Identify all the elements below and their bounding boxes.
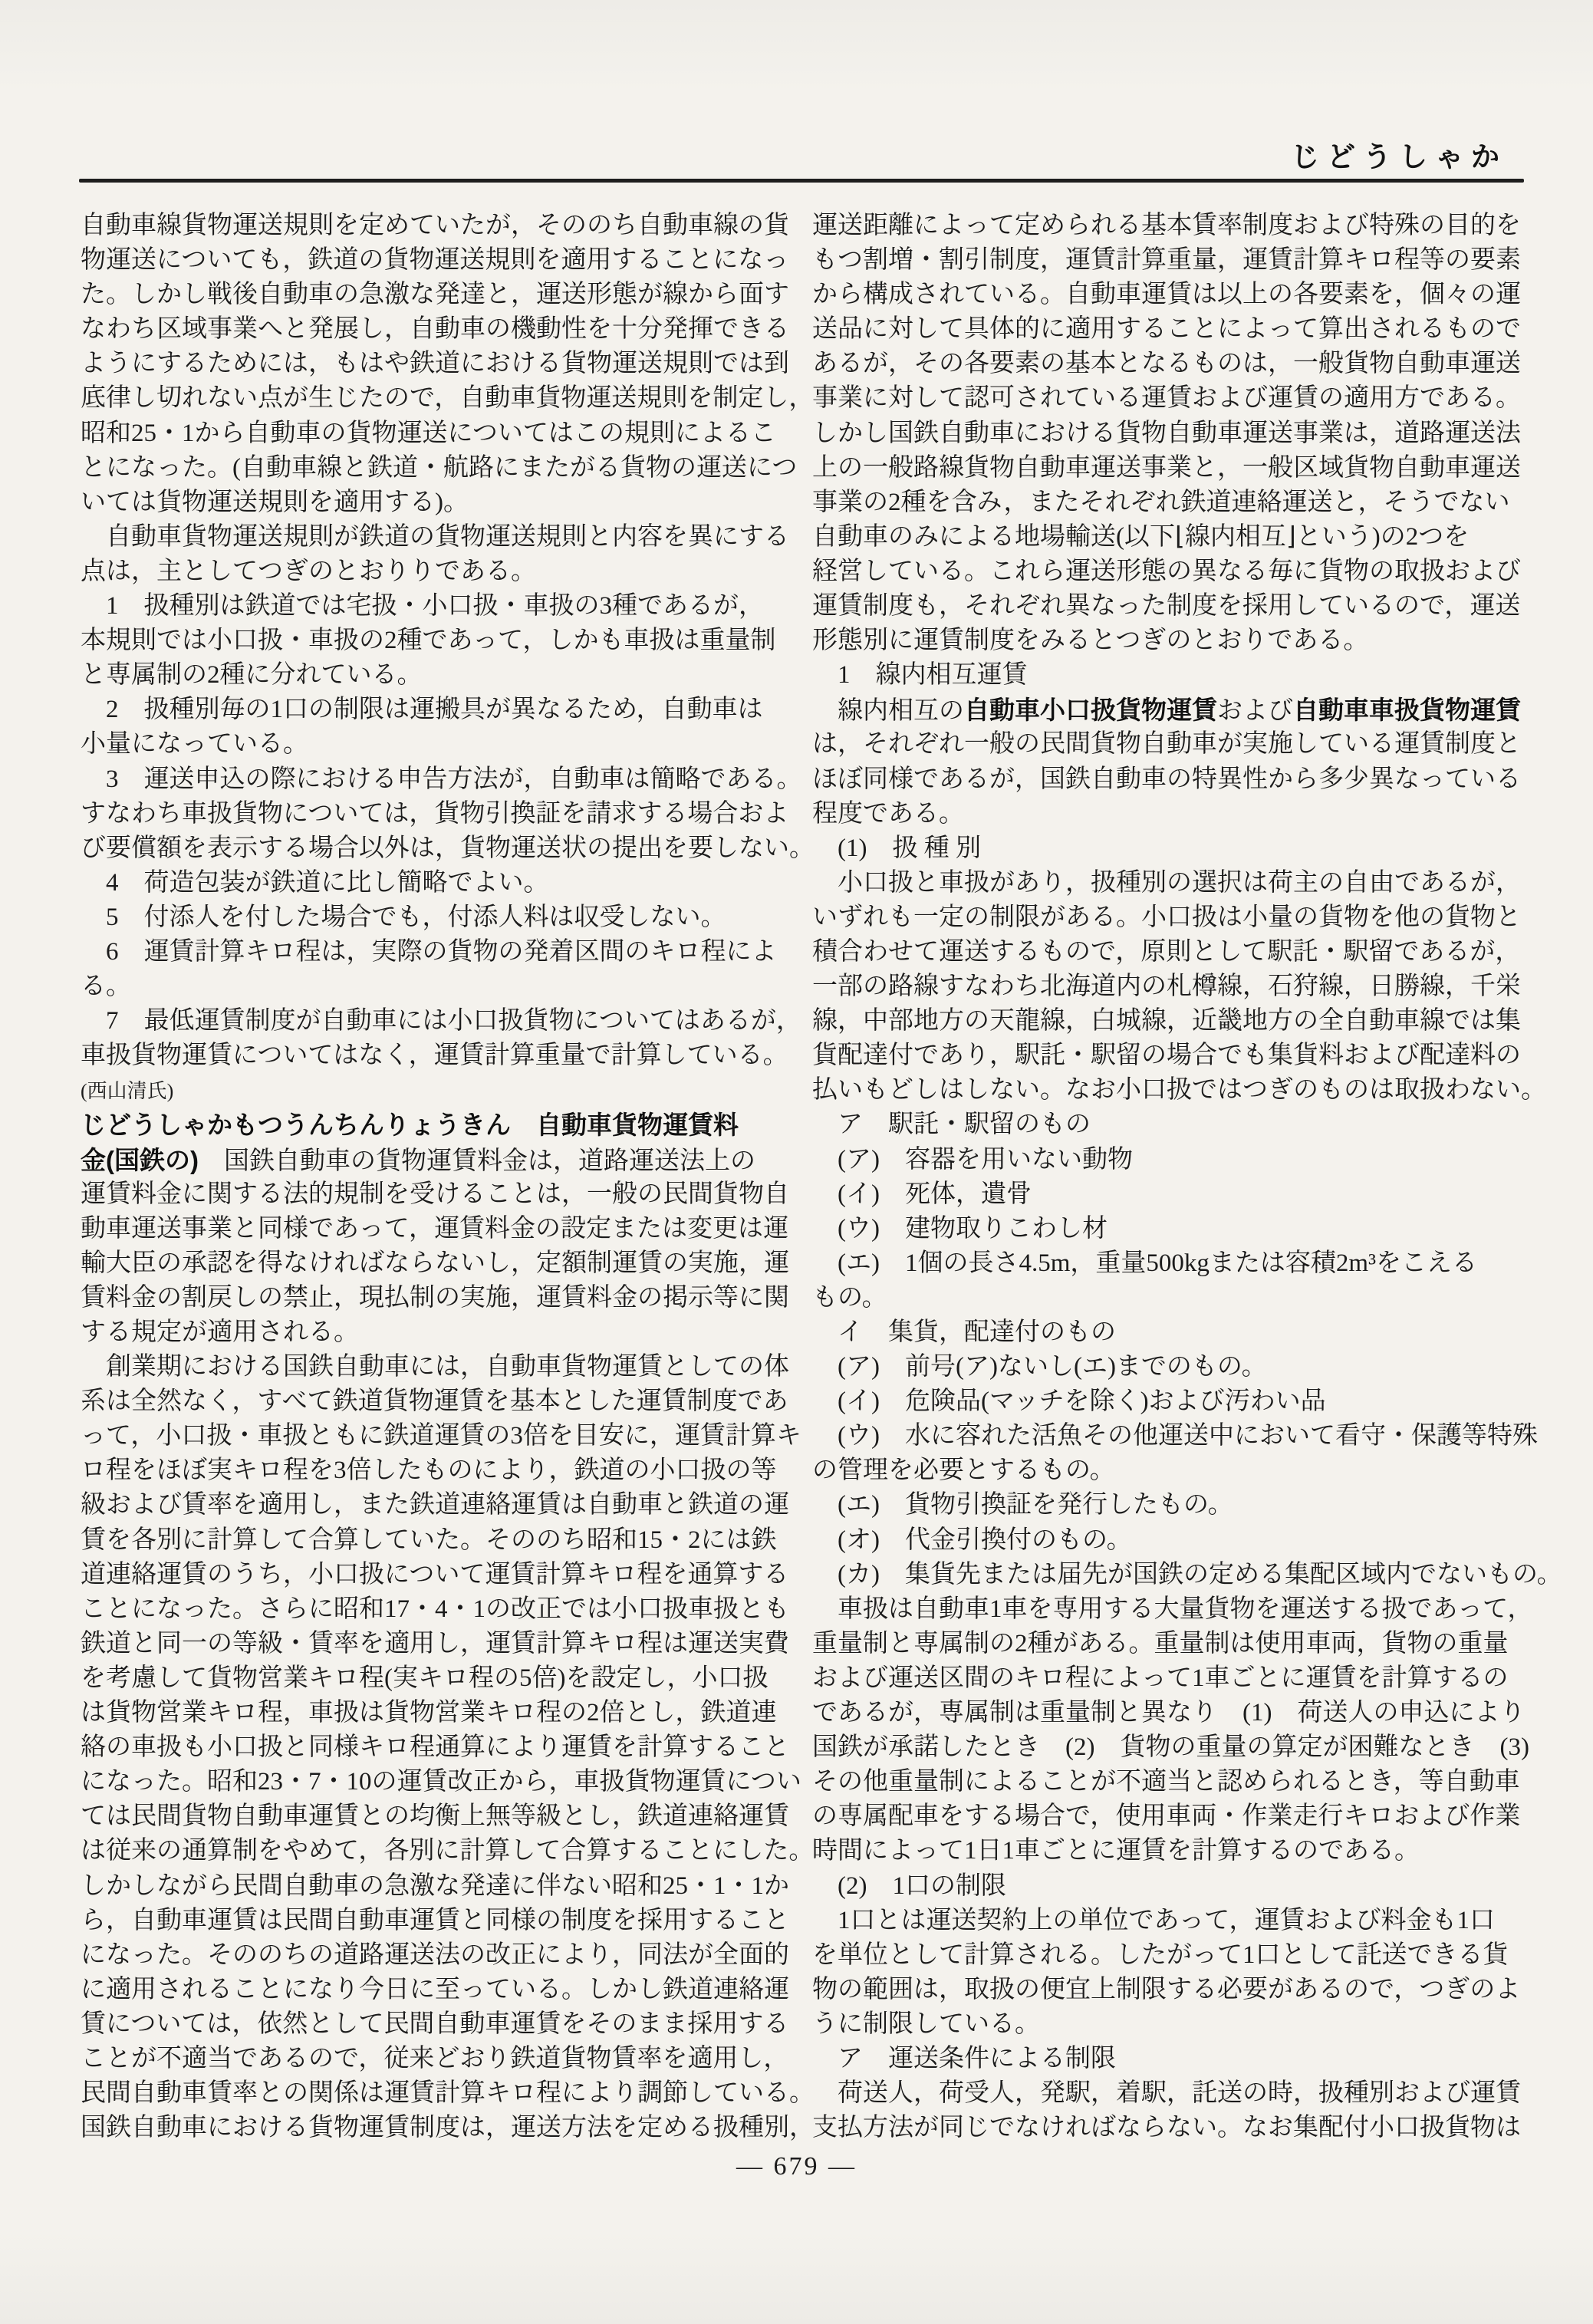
text-line: 一部の路線すなわち北海道内の札樽線，石狩線，日勝線，千栄 [812,969,1527,1004]
text-segment: 運送距離によって定められる基本賃率制度および特殊の目的を [812,212,1521,239]
text-segment: あるが，その各要素の基本となるものは，一般貨物自動車運送 [812,350,1521,377]
text-segment: 支払方法が同じでなければならない。なお集配付小口扱貨物は [812,2114,1521,2141]
text-segment: いては貨物運送規則を適用する)。 [81,489,469,516]
text-segment: 時間によって1日1車ごとに運賃を計算するのである。 [812,1837,1420,1865]
text-line: 事業に対して認可されている運賃および運賃の適用方である。 [812,381,1527,416]
text-segment: の専属配車をする場合で，使用車両・作業走行キロおよび作業 [812,1802,1520,1830]
text-line: いては貨物運送規則を適用する)。 [81,486,795,520]
text-line: を単位として計算される。したがって1口として託送できる貨 [812,1938,1527,1973]
text-line: 線，中部地方の天龍線，白城線，近畿地方の全自動車線では集 [812,1004,1527,1039]
text-segment: 一部の路線すなわち北海道内の札樽線，石狩線，日勝線，千栄 [812,973,1521,1000]
text-segment: (ウ) 水に容れた活魚その他運送中において看守・保護等特殊 [812,1422,1538,1450]
header-rule [79,179,1524,183]
text-line: (ア) 前号(ア)ないし(エ)までのもの。 [812,1350,1527,1384]
text-segment: (ア) 容器を用いない動物 [812,1146,1133,1174]
text-segment: 4 荷造包装が鉄道に比し簡略でよい。 [81,869,549,897]
text-line: 自動車貨物運送規則が鉄道の貨物運送規則と内容を異にする [81,520,795,555]
text-segment: 級および賃率を適用し，また鉄道連絡運賃は自動車と鉄道の運 [81,1491,789,1519]
text-line: 時間によって1日1車ごとに運賃を計算するのである。 [812,1834,1527,1868]
text-segment: 3 運送申込の際における申告方法が，自動車は簡略である。 [81,765,802,793]
text-segment: 事業に対して認可されている運賃および運賃の適用方である。 [812,384,1521,412]
text-segment: じどうしゃかもつうんちんりょうきん 自動車貨物運賃料 [81,1111,739,1139]
text-segment: 経営している。これら運送形態の異なる毎に貨物の取扱および [812,558,1521,585]
text-segment: 民間自動車賃率との関係は運賃計算キロ程により調節している。 [81,2079,815,2107]
text-segment: ことになった。さらに昭和17・4・1の改正では小口扱車扱とも [81,1595,789,1623]
scanned-page: じどうしゃか 自動車線貨物運送規則を定めていたが，そののち自動車線の貨物運送につ… [0,0,1593,2324]
text-segment: (1) 扱 種 別 [812,834,981,862]
text-segment: (エ) 貨物引換証を発行したもの。 [812,1491,1233,1519]
text-line: 昭和25・1から自動車の貨物運送についてはこの規則によるこ [81,416,795,451]
text-segment: 賃料金の割戻しの禁止，現払制の実施，運賃料金の掲示等に関 [81,1284,789,1312]
text-segment: になった。そののちの道路運送法の改正により，同法が全面的 [81,1941,789,1969]
text-line: 賃を各別に計算して合算していた。そののち昭和15・2には鉄 [81,1523,795,1558]
text-line: 級および賃率を適用し，また鉄道連絡運賃は自動車と鉄道の運 [81,1488,795,1522]
text-line: (エ) 貨物引換証を発行したもの。 [812,1488,1527,1522]
text-line: ら，自動車運賃は民間自動車運賃と同様の制度を採用すること [81,1904,795,1938]
text-segment: 自動車小口扱貨物運賃 [964,696,1217,724]
text-segment: ては民間貨物自動車運賃との均衡上無等級とし，鉄道連絡運賃 [81,1802,789,1830]
text-line: 底律し切れない点が生じたので，自動車貨物運送規則を制定し， [81,381,795,416]
text-segment: ら，自動車運賃は民間自動車運賃と同様の制度を採用すること [81,1907,789,1934]
text-line: 車扱は自動車1車を専用する大量貨物を運送する扱であって， [812,1592,1527,1627]
text-line: (イ) 死体，遺骨 [812,1177,1527,1212]
text-segment: (ウ) 建物取りこわし材 [812,1215,1108,1243]
text-segment: (イ) 危険品(マッチを除く)および汚わい品 [812,1387,1326,1415]
text-segment: その他重量制によることが不適当と認められるとき，等自動車 [812,1768,1520,1796]
text-line: 貨配達付であり，駅託・駅留の場合でも集貨料および配達料の [812,1039,1527,1073]
text-segment: 物運送についても，鉄道の貨物運送規則を適用することになっ [81,246,788,274]
text-line: 形態別に運賃制度をみるとつぎのとおりである。 [812,624,1527,658]
text-line: 絡の車扱も小口扱と同様キロ程通算により運賃を計算すること [81,1730,795,1765]
text-line: 4 荷造包装が鉄道に比し簡略でよい。 [81,866,795,900]
text-segment: 賃を各別に計算して合算していた。そののち昭和15・2には鉄 [81,1526,777,1554]
text-line: 物運送についても，鉄道の貨物運送規則を適用することになっ [81,243,795,278]
text-segment: 事業の2種を含み，またそれぞれ鉄道連絡運送と，そうでない [812,489,1509,516]
text-segment: 運賃料金に関する法的規制を受けることは，一般の民間貨物自 [81,1180,789,1208]
text-line: 自動車線貨物運送規則を定めていたが，そののち自動車線の貨 [81,209,795,243]
text-segment: 自動車線貨物運送規則を定めていたが，そののち自動車線の貨 [81,212,789,239]
text-segment: 輸大臣の承認を得なければならないし，定額制運賃の実施，運 [81,1249,789,1277]
text-segment: ようにするためには，もはや鉄道における貨物運送規則では到 [81,350,789,377]
text-line: (ウ) 水に容れた活魚その他運送中において看守・保護等特殊 [812,1419,1527,1453]
text-line: 運賃料金に関する法的規制を受けることは，一般の民間貨物自 [81,1177,795,1212]
text-line: 送品に対して具体的に適用することによって算出されるもので [812,312,1527,347]
text-line: (エ) 1個の長さ4.5m，重量500kgまたは容積2m³をこえる [812,1246,1527,1281]
text-line: を考慮して貨物営業キロ程(実キロ程の5倍)を設定し，小口扱 [81,1661,795,1696]
text-line: と専属制の2種に分れている。 [81,658,795,693]
text-line: 払いもどしはしない。なお小口扱ではつぎのものは取扱わない。 [812,1073,1527,1108]
text-segment: は貨物営業キロ程，車扱は貨物営業キロ程の2倍とし，鉄道連 [81,1699,777,1727]
text-line: とになった。(自動車線と鉄道・航路にまたがる貨物の運送につ [81,451,795,486]
right-column: 運送距離によって定められる基本賃率制度および特殊の目的をもつ割増・割引制度，運賃… [812,209,1527,2145]
text-segment: 動車運送事業と同様であって，運賃料金の設定または変更は運 [81,1215,788,1243]
text-segment: すなわち車扱貨物については，貨物引換証を請求する場合およ [81,800,788,828]
text-line: ア 運送条件による制限 [812,2042,1527,2076]
text-segment: 払いもどしはしない。なお小口扱ではつぎのものは取扱わない。 [812,1076,1546,1104]
text-segment: と専属制の2種に分れている。 [81,661,423,689]
text-segment: になった。昭和23・7・10の運賃改正から，車扱貨物運賃につい [81,1768,801,1796]
text-segment: (エ) 1個の長さ4.5m，重量500kgまたは容積2m³をこえる [812,1249,1477,1277]
text-segment: 2 扱種別毎の1口の制限は運搬具が異なるため，自動車は [81,696,763,723]
text-segment: び要償額を表示する場合以外は，貨物運送状の提出を要しない。 [81,834,815,862]
page-number: — 679 — [0,2152,1593,2181]
text-segment: (カ) 集貨先または届先が国鉄の定める集配区域内でないもの。 [812,1561,1562,1588]
text-line: は，それぞれ一般の民間貨物自動車が実施している運賃制度と [812,727,1527,762]
text-line: に適用されることになり今日に至っている。しかし鉄道連絡運 [81,1973,795,2007]
text-segment: は従来の通算制をやめて，各別に計算して合算することにした。 [81,1837,814,1865]
text-line: (カ) 集貨先または届先が国鉄の定める集配区域内でないもの。 [812,1558,1527,1592]
text-segment: に適用されることになり今日に至っている。しかし鉄道連絡運 [81,1976,789,2003]
text-line: から構成されている。自動車運賃は以上の各要素を，個々の運 [812,278,1527,312]
text-segment: もつ割増・割引制度，運賃計算重量，運賃計算キロ程等の要素 [812,246,1521,274]
text-line: 本規則では小口扱・車扱の2種であって，しかも車扱は重量制 [81,624,795,658]
text-segment: 本規則では小口扱・車扱の2種であって，しかも車扱は重量制 [81,627,776,654]
text-segment: 絡の車扱も小口扱と同様キロ程通算により運賃を計算すること [81,1733,789,1761]
text-segment: 車扱は自動車1車を専用する大量貨物を運送する扱であって， [812,1595,1533,1623]
text-line: は従来の通算制をやめて，各別に計算して合算することにした。 [81,1834,795,1868]
text-line: 事業の2種を含み，またそれぞれ鉄道連絡運送と，そうでない [812,486,1527,520]
text-segment: しかしながら民間自動車の急激な発達に伴ない昭和25・1・1か [81,1872,789,1900]
text-segment: 貨配達付であり，駅託・駅留の場合でも集貨料および配達料の [812,1042,1521,1069]
text-line: は貨物営業キロ程，車扱は貨物営業キロ程の2倍とし，鉄道連 [81,1696,795,1730]
text-line: 創業期における国鉄自動車には，自動車貨物運賃としての体 [81,1350,795,1384]
text-segment: なわち区域事業へと発展し，自動車の機動性を十分発揮できる [81,315,789,343]
text-segment: (ア) 前号(ア)ないし(エ)までのもの。 [812,1353,1267,1381]
text-line: 小量になっている。 [81,727,795,762]
running-head: じどうしゃか [1291,133,1507,175]
text-segment: 6 運賃計算キロ程は，実際の貨物の発着区間のキロ程によ [81,938,777,966]
text-segment: および運送区間のキロ程によって1車ごとに運賃を計算するの [812,1664,1509,1692]
text-segment: 系は全然なく，すべて鉄道貨物運賃を基本とした運賃制度であ [81,1387,788,1415]
text-segment: 1 線内相互運賃 [812,661,1028,689]
text-segment: 点は，主としてつぎのとおりりである。 [81,558,536,585]
text-line: であるが，専属制は重量制と異なり (1) 荷送人の申込により [812,1696,1527,1730]
text-line: 運賃制度も，それぞれ異なった制度を採用しているので，運送 [812,589,1527,624]
text-line: 輸大臣の承認を得なければならないし，定額制運賃の実施，運 [81,1246,795,1281]
text-segment: 積合わせて運送するもので，原則として駅託・駅留であるが， [812,938,1520,966]
text-line: 金(国鉄の) 国鉄自動車の貨物運賃料金は，道路運送法上の [81,1143,795,1177]
text-line: ようにするためには，もはや鉄道における貨物運送規則では到 [81,347,795,381]
text-segment: 国鉄自動車の貨物運賃料金は，道路運送法上の [199,1147,755,1175]
text-line: イ 集貨，配達付のもの [812,1315,1527,1350]
text-line: 国鉄が承諾したとき (2) 貨物の重量の算定が困難なとき (3) [812,1730,1527,1765]
text-segment: 運賃制度も，それぞれ異なった制度を採用しているので，運送 [812,592,1520,620]
text-segment: 形態別に運賃制度をみるとつぎのとおりである。 [812,627,1368,654]
text-line: (ア) 容器を用いない動物 [812,1143,1527,1177]
text-segment: する規定が適用される。 [81,1318,359,1346]
text-segment: 底律し切れない点が生じたので，自動車貨物運送規則を制定し， [81,384,814,412]
text-segment: 金(国鉄の) [81,1146,199,1174]
text-line: もつ割増・割引制度，運賃計算重量，運賃計算キロ程等の要素 [812,243,1527,278]
text-line: する規定が適用される。 [81,1315,795,1350]
text-segment: 創業期における国鉄自動車には，自動車貨物運賃としての体 [81,1353,789,1381]
text-line: の管理を必要とするもの。 [812,1453,1527,1488]
text-line: 1 扱種別は鉄道では宅扱・小口扱・車扱の3種であるが， [81,589,795,624]
text-segment: 1口とは運送契約上の単位であって，運賃および料金も1口 [812,1907,1495,1934]
text-segment: 国鉄が承諾したとき (2) 貨物の重量の算定が困難なとき (3) [812,1733,1529,1761]
text-line: 程度である。 [812,797,1527,831]
text-line: (2) 1口の制限 [812,1869,1527,1904]
text-line: 荷送人，荷受人，発駅，着駅，託送の時，扱種別および運賃 [812,2076,1527,2111]
text-line: 点は，主としてつぎのとおりりである。 [81,555,795,589]
text-segment: 線内相互の [812,697,964,725]
text-line: 賃料金の割戻しの禁止，現払制の実施，運賃料金の掲示等に関 [81,1281,795,1315]
text-line: および運送区間のキロ程によって1車ごとに運賃を計算するの [812,1661,1527,1696]
text-line: る。 [81,969,795,1004]
text-segment: を考慮して貨物営業キロ程(実キロ程の5倍)を設定し，小口扱 [81,1664,768,1692]
text-segment: 線，中部地方の天龍線，白城線，近畿地方の全自動車線では集 [812,1007,1521,1035]
text-segment: る。 [81,973,131,1000]
text-line: び要償額を表示する場合以外は，貨物運送状の提出を要しない。 [81,831,795,866]
text-line: 経営している。これら運送形態の異なる毎に貨物の取扱および [812,555,1527,589]
text-segment: 昭和25・1から自動車の貨物運送についてはこの規則によるこ [81,420,776,447]
text-segment: もの。 [812,1284,887,1312]
text-segment: ロ程をほぼ実キロ程を3倍したものにより，鉄道の小口扱の等 [81,1457,777,1484]
text-line: (ウ) 建物取りこわし材 [812,1212,1527,1246]
text-line: 賃については，依然として民間自動車運賃をそのまま採用する [81,2007,795,2042]
text-segment: しかし国鉄自動車における貨物自動車運送事業は，道路運送法 [812,420,1521,447]
text-line: (1) 扱 種 別 [812,831,1527,866]
text-segment: (イ) 死体，遺骨 [812,1180,1032,1208]
text-line: 動車運送事業と同様であって，運賃料金の設定または変更は運 [81,1212,795,1246]
text-line: 重量制と専属制の2種がある。重量制は使用車両，貨物の重量 [812,1627,1527,1661]
text-segment: 1 扱種別は鉄道では宅扱・小口扱・車扱の3種であるが， [81,592,764,620]
left-column: 自動車線貨物運送規則を定めていたが，そののち自動車線の貨物運送についても，鉄道の… [81,209,795,2145]
text-line: になった。昭和23・7・10の運賃改正から，車扱貨物運賃につい [81,1765,795,1799]
text-segment: 小量になっている。 [81,730,308,758]
text-segment: 賃については，依然として民間自動車運賃をそのまま採用する [81,2010,788,2038]
text-line: 物の範囲は，取扱の便宜上制限する必要があるので，つぎのよ [812,1973,1527,2007]
text-line: すなわち車扱貨物については，貨物引換証を請求する場合およ [81,797,795,831]
text-segment: 道連絡運賃のうち，小口扱について運賃計算キロ程を通算する [81,1561,788,1588]
text-line: って，小口扱・車扱ともに鉄道運賃の3倍を目安に，運賃計算キ [81,1419,795,1453]
text-segment: 重量制と専属制の2種がある。重量制は使用車両，貨物の重量 [812,1630,1509,1657]
text-line: 国鉄自動車における貨物運賃制度は，運送方法を定める扱種別， [81,2111,795,2145]
text-segment: 小口扱と車扱があり，扱種別の選択は荷主の自由であるが， [812,869,1521,897]
text-line: 6 運賃計算キロ程は，実際の貨物の発着区間のキロ程によ [81,935,795,969]
text-segment: 荷送人，荷受人，発駅，着駅，託送の時，扱種別および運賃 [812,2079,1521,2107]
text-line: た。しかし戦後自動車の急激な発達と，運送形態が線から面す [81,278,795,312]
text-segment: を単位として計算される。したがって1口として託送できる貨 [812,1941,1509,1969]
text-line: 車扱貨物運賃についてはなく，運賃計算重量で計算している。 [81,1039,795,1073]
text-segment: 上の一般路線貨物自動車運送事業と，一般区域貨物自動車運送 [812,454,1521,482]
text-line: 上の一般路線貨物自動車運送事業と，一般区域貨物自動車運送 [812,451,1527,486]
text-line: 自動車のみによる地場輸送(以下⌊線内相互⌋という)の2つを [812,520,1527,555]
text-line: いずれも一定の制限がある。小口扱は小量の貨物を他の貨物と [812,900,1527,935]
text-line: じどうしゃかもつうんちんりょうきん 自動車貨物運賃料 [81,1108,795,1142]
text-segment: ア 駅託・駅留のもの [812,1111,1091,1138]
text-segment: 程度である。 [812,800,964,828]
text-line: その他重量制によることが不適当と認められるとき，等自動車 [812,1765,1527,1799]
text-segment: イ 集貨，配達付のもの [812,1318,1116,1346]
text-segment: 車扱貨物運賃についてはなく，運賃計算重量で計算している。 [81,1042,788,1069]
text-segment: いずれも一定の制限がある。小口扱は小量の貨物を他の貨物と [812,904,1521,931]
text-line: 7 最低運賃制度が自動車には小口扱貨物についてはあるが， [81,1004,795,1039]
text-line: (西山清氏) [81,1073,795,1108]
text-line: 1 線内相互運賃 [812,658,1527,693]
text-line: ことが不適当であるので，従来どおり鉄道貨物賃率を適用し， [81,2042,795,2076]
text-line: 運送距離によって定められる基本賃率制度および特殊の目的を [812,209,1527,243]
text-segment: (西山清氏) [81,1080,173,1102]
text-line: (イ) 危険品(マッチを除く)および汚わい品 [812,1384,1527,1419]
text-segment: 5 付添人を付した場合でも，付添人料は収受しない。 [81,904,726,931]
text-segment: 自動車車扱貨物運賃 [1293,696,1521,724]
text-line: 支払方法が同じでなければならない。なお集配付小口扱貨物は [812,2111,1527,2145]
text-segment: 自動車のみによる地場輸送(以下⌊線内相互⌋という)の2つを [812,523,1469,551]
text-line: なわち区域事業へと発展し，自動車の機動性を十分発揮できる [81,312,795,347]
text-line: ほぼ同様であるが，国鉄自動車の特異性から多少異なっている [812,762,1527,797]
text-segment: 物の範囲は，取扱の便宜上制限する必要があるので，つぎのよ [812,1976,1520,2003]
text-line: になった。そののちの道路運送法の改正により，同法が全面的 [81,1938,795,1973]
text-line: ことになった。さらに昭和17・4・1の改正では小口扱車扱とも [81,1592,795,1627]
text-segment: た。しかし戦後自動車の急激な発達と，運送形態が線から面す [81,281,789,308]
text-segment: 送品に対して具体的に適用することによって算出されるもので [812,315,1521,343]
text-segment: ほぼ同様であるが，国鉄自動車の特異性から多少異なっている [812,765,1521,793]
text-segment: であるが，専属制は重量制と異なり (1) 荷送人の申込により [812,1699,1525,1727]
text-line: 5 付添人を付した場合でも，付添人料は収受しない。 [81,900,795,935]
text-segment: の管理を必要とするもの。 [812,1457,1115,1484]
text-line: ア 駅託・駅留のもの [812,1108,1527,1142]
text-line: ては民間貨物自動車運賃との均衡上無等級とし，鉄道連絡運賃 [81,1799,795,1834]
text-line: 民間自動車賃率との関係は運賃計算キロ程により調節している。 [81,2076,795,2111]
text-segment: 自動車貨物運送規則が鉄道の貨物運送規則と内容を異にする [81,523,789,551]
text-segment: (オ) 代金引換付のもの。 [812,1526,1132,1554]
text-line: うに制限している。 [812,2007,1527,2042]
text-line: しかし国鉄自動車における貨物自動車運送事業は，道路運送法 [812,416,1527,451]
text-segment: は，それぞれ一般の民間貨物自動車が実施している運賃制度と [812,730,1521,758]
text-segment: ア 運送条件による制限 [812,2045,1116,2072]
text-line: の専属配車をする場合で，使用車両・作業走行キロおよび作業 [812,1799,1527,1834]
text-line: (オ) 代金引換付のもの。 [812,1523,1527,1558]
text-line: 鉄道と同一の等級・賃率を適用し，運賃計算キロ程は運送実費 [81,1627,795,1661]
text-line: しかしながら民間自動車の急激な発達に伴ない昭和25・1・1か [81,1869,795,1904]
text-segment: および [1217,697,1293,725]
text-line: あるが，その各要素の基本となるものは，一般貨物自動車運送 [812,347,1527,381]
text-line: 線内相互の自動車小口扱貨物運賃および自動車車扱貨物運賃 [812,693,1527,727]
text-segment: とになった。(自動車線と鉄道・航路にまたがる貨物の運送につ [81,454,797,482]
text-line: 積合わせて運送するもので，原則として駅託・駅留であるが， [812,935,1527,969]
text-segment: って，小口扱・車扱ともに鉄道運賃の3倍を目安に，運賃計算キ [81,1422,801,1450]
text-segment: 鉄道と同一の等級・賃率を適用し，運賃計算キロ程は運送実費 [81,1630,789,1657]
text-segment: ことが不適当であるので，従来どおり鉄道貨物賃率を適用し， [81,2045,788,2072]
text-line: 1口とは運送契約上の単位であって，運賃および料金も1口 [812,1904,1527,1938]
text-line: ロ程をほぼ実キロ程を3倍したものにより，鉄道の小口扱の等 [81,1453,795,1488]
text-segment: 国鉄自動車における貨物運賃制度は，運送方法を定める扱種別， [81,2114,815,2141]
text-line: 2 扱種別毎の1口の制限は運搬具が異なるため，自動車は [81,693,795,727]
text-line: 小口扱と車扱があり，扱種別の選択は荷主の自由であるが， [812,866,1527,900]
text-segment: (2) 1口の制限 [812,1872,1006,1900]
text-segment: 7 最低運賃制度が自動車には小口扱貨物についてはあるが， [81,1007,801,1035]
text-line: 道連絡運賃のうち，小口扱について運賃計算キロ程を通算する [81,1558,795,1592]
text-segment: から構成されている。自動車運賃は以上の各要素を，個々の運 [812,281,1521,308]
text-line: 系は全然なく，すべて鉄道貨物運賃を基本とした運賃制度であ [81,1384,795,1419]
text-line: 3 運送申込の際における申告方法が，自動車は簡略である。 [81,762,795,797]
text-segment: うに制限している。 [812,2010,1040,2038]
text-line: もの。 [812,1281,1527,1315]
